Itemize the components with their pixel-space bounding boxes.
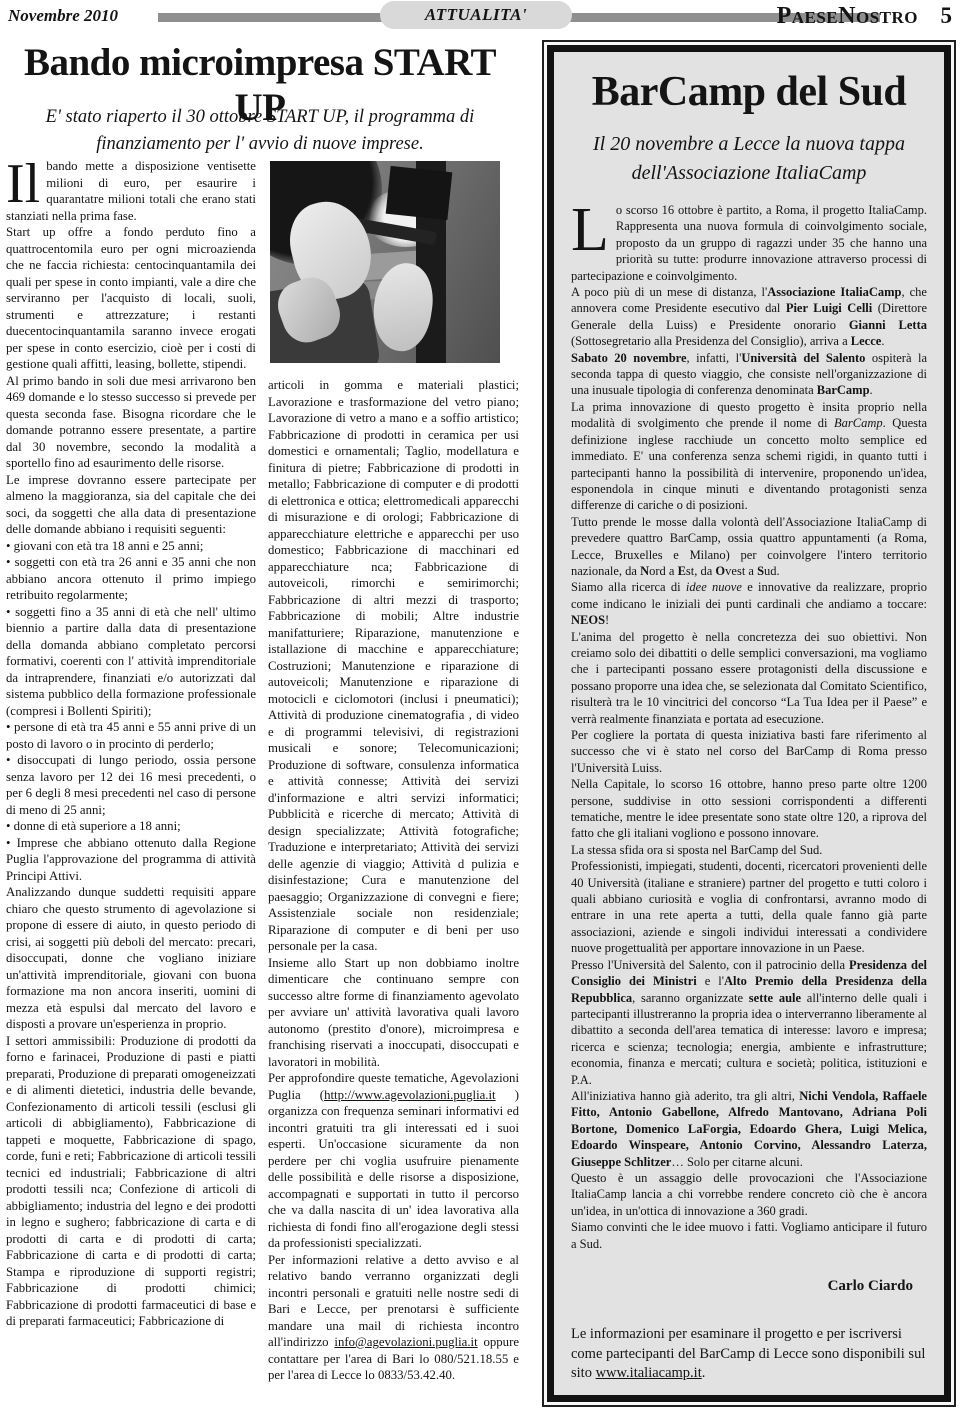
sidebar-subtitle: Il 20 novembre a Lecce la nuova tappa de…	[584, 130, 914, 188]
text-segment: ord a	[649, 564, 677, 578]
paragraph: Start up offre a fondo perduto fino a qu…	[6, 224, 256, 373]
text-segment: Lecce	[851, 334, 882, 348]
text-segment: • persone di età tra 45 anni e 55 anni p…	[6, 720, 256, 751]
paragraph: All'iniziativa hanno già aderito, tra gl…	[571, 1088, 927, 1170]
paragraph: Analizzando dunque suddetti requisiti ap…	[6, 884, 256, 1033]
text-segment: O	[715, 564, 725, 578]
text-segment: Al primo bando in soli due mesi arrivaro…	[6, 374, 256, 471]
photo-machine-head	[386, 166, 453, 220]
paragraph: Per approfondire queste tematiche, Agevo…	[268, 1070, 519, 1252]
article-photo	[270, 161, 500, 363]
paragraph: Siamo convinti che le idee muovo i fatti…	[571, 1219, 927, 1252]
text-segment: , infatti, l'	[687, 351, 742, 365]
paragraph: • soggetti fino a 35 anni di età che nel…	[6, 604, 256, 720]
text-segment: N	[640, 564, 649, 578]
article-column-1: Ilbando mette a disposizione ventisette …	[6, 158, 256, 1414]
text-segment: L'anima del progetto è nella concretezza…	[571, 630, 927, 726]
text-segment: Pier Luigi Celli	[786, 301, 872, 315]
text-segment: Per cogliere la portata di questa inizia…	[571, 728, 927, 775]
column-1-paragraphs: Start up offre a fondo perduto fino a qu…	[6, 224, 256, 1330]
text-segment: Analizzando dunque suddetti requisiti ap…	[6, 885, 256, 1031]
issue-date: Novembre 2010	[8, 6, 118, 26]
author-byline: Carlo Ciardo	[571, 1278, 927, 1295]
text-segment: S	[757, 564, 764, 578]
section-title: ATTUALITA'	[425, 5, 527, 25]
text-segment: idee nuove	[686, 580, 742, 594]
link[interactable]: info@agevolazioni.puglia.it	[334, 1335, 477, 1349]
text-segment: st, da	[686, 564, 716, 578]
text-segment: Start up offre a fondo perduto fino a qu…	[6, 225, 256, 371]
text-segment: BarCamp	[817, 383, 870, 397]
text-segment: , saranno organizzate	[632, 991, 749, 1005]
text-segment: La stessa sfida ora si sposta nel BarCam…	[571, 843, 822, 857]
page-number: 5	[941, 3, 953, 29]
article-column-2: articoli in gomma e materiali plastici; …	[268, 158, 519, 1414]
sidebar-article-box: BarCamp del Sud Il 20 novembre a Lecce l…	[542, 40, 956, 1407]
masthead: PaeseNostro	[777, 3, 918, 30]
text-segment: • soggetti fino a 35 anni di età che nel…	[6, 605, 256, 718]
text-segment: .	[870, 383, 873, 397]
text-segment: Questo è un assaggio delle provocazioni …	[571, 1171, 927, 1218]
paragraph: Le imprese dovranno essere partecipate p…	[6, 472, 256, 538]
text-segment: articoli in gomma e materiali plastici; …	[268, 378, 519, 953]
text-segment: … Solo per citarne alcuni.	[671, 1155, 803, 1169]
paragraph: Questo è un assaggio delle provocazioni …	[571, 1170, 927, 1219]
newspaper-page: Novembre 2010 ATTUALITA' PaeseNostro 5 B…	[0, 0, 960, 1418]
paragraph: Professionisti, impiegati, studenti, doc…	[571, 858, 927, 956]
section-pill: ATTUALITA'	[380, 1, 572, 29]
paragraph: Sabato 20 novembre, infatti, l'Universit…	[571, 350, 927, 399]
text-segment: Sabato 20 novembre	[571, 351, 687, 365]
sidebar-title: BarCamp del Sud	[571, 68, 927, 116]
paragraph: articoli in gomma e materiali plastici; …	[268, 377, 519, 955]
column-2-paragraphs: articoli in gomma e materiali plastici; …	[268, 377, 519, 1384]
paragraph: Nella Capitale, lo scorso 16 ottobre, ha…	[571, 776, 927, 842]
paragraph: L'anima del progetto è nella concretezza…	[571, 629, 927, 727]
text-segment: BarCamp	[834, 416, 883, 430]
text-segment: Le imprese dovranno essere partecipate p…	[6, 473, 256, 537]
paragraph: Insieme allo Start up non dobbiamo inolt…	[268, 955, 519, 1071]
sidebar-article: BarCamp del Sud Il 20 novembre a Lecce l…	[547, 45, 951, 1402]
paragraph: Presso l'Università del Salento, con il …	[571, 957, 927, 1088]
text-segment: I settori ammissibili: Produzione di pro…	[6, 1034, 256, 1329]
text-segment: NEOS	[571, 613, 605, 627]
link[interactable]: www.italiacamp.it	[596, 1365, 702, 1381]
text-segment: • Imprese che abbiano ottenuto dalla Reg…	[6, 836, 256, 883]
drop-cap: L	[571, 202, 616, 255]
text-segment: .	[702, 1365, 706, 1381]
text-segment: .	[881, 334, 884, 348]
text-segment: vest a	[725, 564, 757, 578]
paragraph: • persone di età tra 45 anni e 55 anni p…	[6, 719, 256, 752]
text-segment: • disoccupati di lungo periodo, ossia pe…	[6, 753, 256, 817]
link[interactable]: http://www.agevolazioni.puglia.it	[324, 1088, 496, 1102]
text-segment: Insieme allo Start up non dobbiamo inolt…	[268, 956, 519, 1069]
text-segment: • soggetti con età tra 26 anni e 35 anni…	[6, 555, 256, 602]
paragraph: A poco più di un mese di distanza, l'Ass…	[571, 284, 927, 350]
paragraph: Siamo alla ricerca di idee nuove e innov…	[571, 579, 927, 628]
drop-cap: Il	[6, 158, 46, 206]
text-segment: ) organizza con frequenza seminari infor…	[268, 1088, 519, 1251]
text-segment: Associazione ItaliaCamp	[767, 285, 901, 299]
paragraph: Al primo bando in soli due mesi arrivaro…	[6, 373, 256, 472]
paragraph: Per informazioni relative a detto avviso…	[268, 1252, 519, 1384]
paragraph: • Imprese che abbiano ottenuto dalla Reg…	[6, 835, 256, 885]
article-subtitle: E' stato riaperto il 30 ottobre START UP…	[35, 104, 485, 158]
text-segment: . Questa definizione inglese racchiude u…	[571, 416, 927, 512]
paragraph: La prima innovazione di questo progetto …	[571, 399, 927, 514]
paragraph: Tutto prende le mosse dalla volontà dell…	[571, 514, 927, 580]
text-segment: Nella Capitale, lo scorso 16 ottobre, ha…	[571, 777, 927, 840]
text-segment: Siamo convinti che le idee muovo i fatti…	[571, 1220, 927, 1250]
text-segment: Università del Salento	[741, 351, 865, 365]
text-segment: Gianni Letta	[849, 318, 927, 332]
text-segment: e l'	[697, 974, 724, 988]
text-segment: sette aule	[749, 991, 801, 1005]
paragraph: I settori ammissibili: Produzione di pro…	[6, 1033, 256, 1330]
text-segment: Presso l'Università del Salento, con il …	[571, 958, 849, 972]
text-segment: Professionisti, impiegati, studenti, doc…	[571, 859, 927, 955]
opening-paragraph: Ilbando mette a disposizione ventisette …	[6, 158, 256, 224]
paragraph: La stessa sfida ora si sposta nel BarCam…	[571, 842, 927, 858]
text-segment: E	[678, 564, 686, 578]
text-segment: • giovani con età tra 18 anni e 25 anni;	[6, 539, 203, 553]
text-segment: (Sottosegretario alla Presidenza del Con…	[571, 334, 851, 348]
text-segment: o scorso 16 ottobre è partito, a Roma, i…	[571, 203, 927, 283]
sidebar-opening-text: o scorso 16 ottobre è partito, a Roma, i…	[571, 203, 927, 283]
sidebar-opening-paragraph: Lo scorso 16 ottobre è partito, a Roma, …	[571, 202, 927, 284]
text-segment: Siamo alla ricerca di	[571, 580, 686, 594]
paragraph: Per cogliere la portata di questa inizia…	[571, 727, 927, 776]
text-segment: • donne di età superiore a 18 anni;	[6, 819, 181, 833]
paragraph: • giovani con età tra 18 anni e 25 anni;	[6, 538, 256, 555]
text-segment: !	[605, 613, 609, 627]
paragraph: • disoccupati di lungo periodo, ossia pe…	[6, 752, 256, 818]
text-segment: All'iniziativa hanno già aderito, tra gl…	[571, 1089, 799, 1103]
paragraph: • soggetti con età tra 26 anni e 35 anni…	[6, 554, 256, 604]
text-segment: ud.	[764, 564, 780, 578]
sidebar-footer-note: Le informazioni per esaminare il progett…	[571, 1325, 927, 1384]
sidebar-paragraphs: A poco più di un mese di distanza, l'Ass…	[571, 284, 927, 1252]
text-segment: A poco più di un mese di distanza, l'	[571, 285, 767, 299]
paragraph: • donne di età superiore a 18 anni;	[6, 818, 256, 835]
